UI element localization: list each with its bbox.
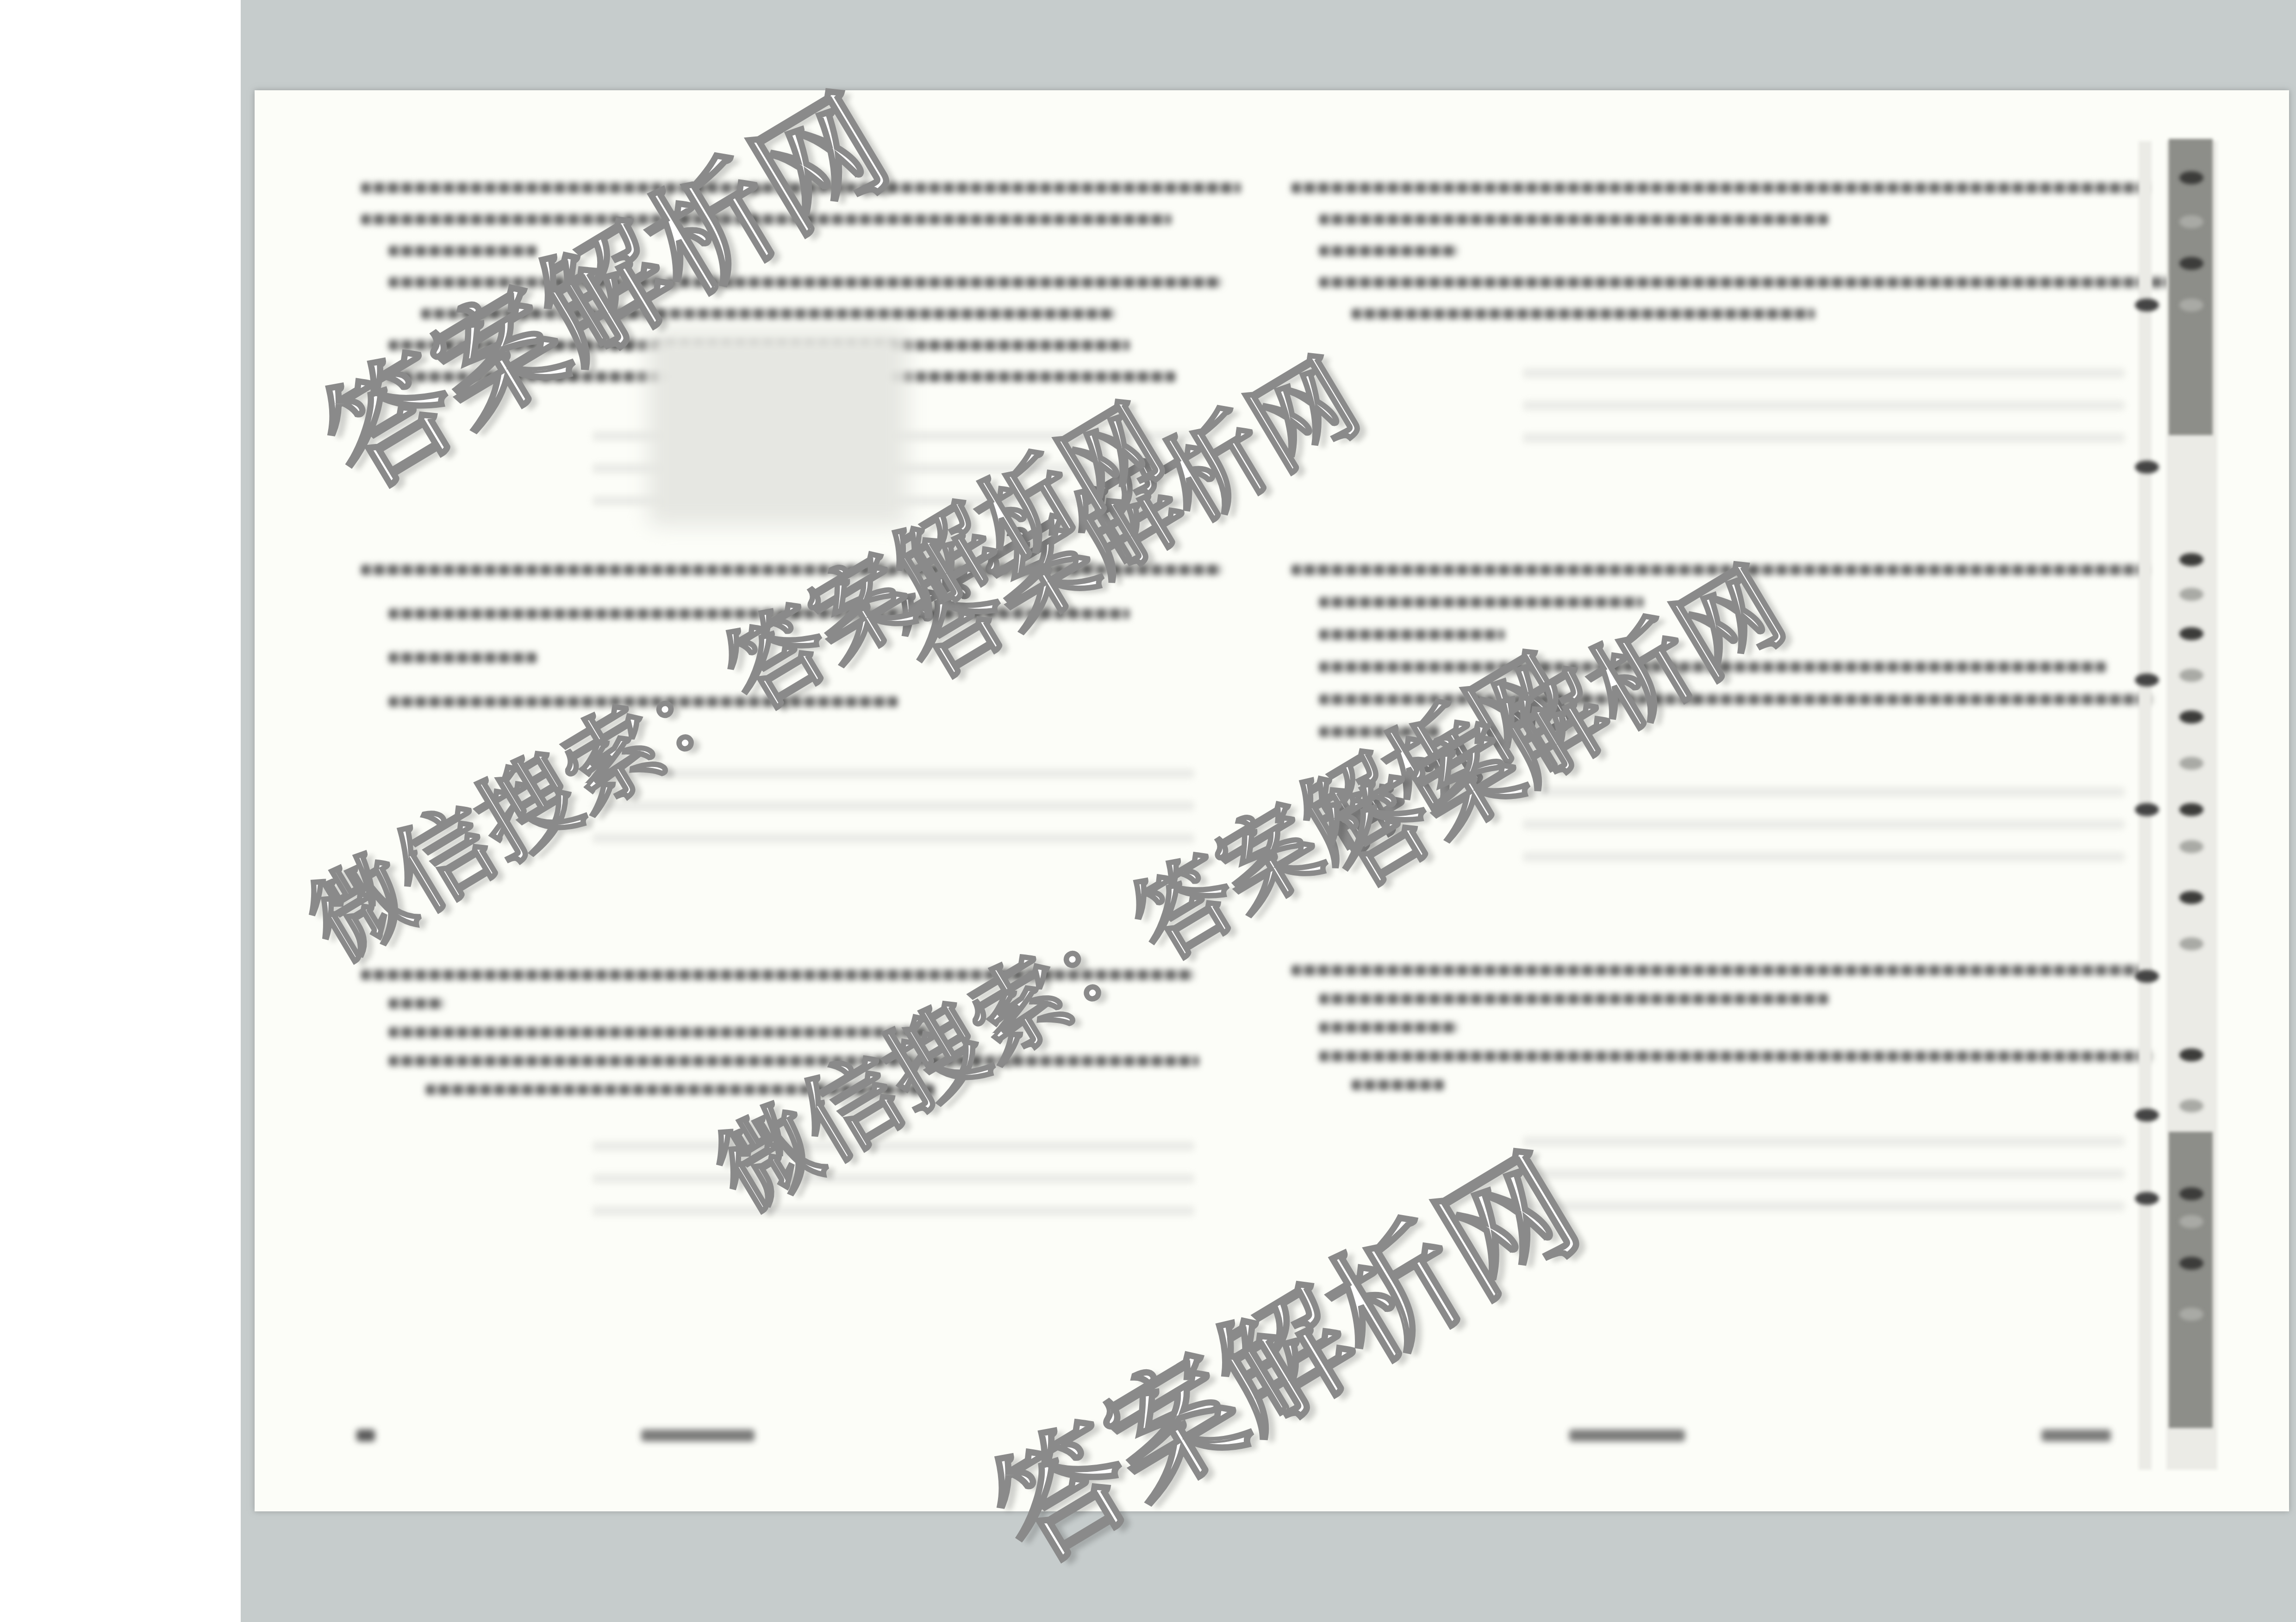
strip-mark (2179, 840, 2203, 853)
strip-label-mark (2135, 970, 2159, 983)
faint-scan-line (1523, 1136, 2125, 1147)
blurred-text-line (1319, 1023, 1458, 1033)
faint-scan-line (593, 768, 1194, 779)
exam-paper-spread (255, 90, 2289, 1511)
strip-mark (2179, 891, 2203, 904)
faint-scan-line (593, 1173, 1194, 1184)
blurred-text-line (389, 653, 537, 663)
left-footer-caption (641, 1429, 755, 1441)
right-footer-caption (1569, 1429, 1685, 1441)
blurred-text-line (1291, 183, 2148, 193)
blurred-text-line (421, 309, 1116, 319)
strip-mark (2179, 1187, 2203, 1200)
strip-mark (2179, 803, 2203, 816)
strip-label-mark (2135, 803, 2159, 816)
strip-label-mark (2135, 1192, 2159, 1205)
right-footer-tag (2041, 1429, 2111, 1441)
strip-mark (2179, 669, 2203, 682)
blurred-text-line (1319, 727, 1440, 737)
blurred-text-line (389, 697, 898, 707)
blurred-text-line (1352, 1080, 1444, 1090)
faint-scan-line (593, 833, 1194, 843)
blurred-text-line (361, 214, 1171, 225)
faint-scan-line (593, 1141, 1194, 1151)
strip-mark (2179, 299, 2203, 312)
blurred-text-line (1319, 694, 2152, 705)
blurred-text-line (389, 246, 537, 256)
faint-scan-line (1523, 368, 2125, 378)
strip-mark (2179, 627, 2203, 640)
faint-scan-line (1523, 852, 2125, 862)
faint-scan-line (1523, 819, 2125, 830)
blurred-text-line (389, 277, 1222, 287)
blurred-text-line (1319, 1051, 2152, 1061)
blurred-text-line (1319, 277, 2176, 287)
strip-mark (2179, 711, 2203, 724)
blurred-text-line (1291, 965, 2148, 975)
blurred-text-line (1319, 994, 1828, 1004)
strip-mark (2179, 1215, 2203, 1228)
blurred-text-line (1319, 214, 1828, 225)
strip-label-mark (2135, 1109, 2159, 1122)
strip-mark (2179, 1257, 2203, 1270)
strip-mark (2179, 1048, 2203, 1061)
blurred-text-line (389, 1027, 944, 1037)
faint-scan-line (1523, 1201, 2125, 1211)
blurred-text-line (1291, 565, 2148, 575)
strip-mark (2179, 937, 2203, 950)
faint-scan-line (1523, 400, 2125, 411)
strip-mark (2179, 757, 2203, 770)
blurred-text-line (389, 609, 1129, 619)
blurred-text-line (1319, 630, 1504, 640)
left-footer-page-number (356, 1429, 375, 1441)
strip-label-mark (2135, 674, 2159, 686)
blurred-text-line (389, 998, 444, 1009)
faint-scan-line (1523, 1169, 2125, 1179)
blurred-text-line (361, 565, 1222, 575)
blurred-text-line (1319, 597, 1643, 607)
blurred-text-line (1352, 309, 1815, 319)
strip-mark (2179, 257, 2203, 270)
blurred-text-line (1319, 662, 2106, 672)
strip-mark (2179, 553, 2203, 566)
strip-mark (2179, 171, 2203, 184)
blurred-text-line (426, 1085, 935, 1095)
strip-label-mark (2135, 299, 2159, 312)
figure-left (648, 331, 907, 525)
faint-scan-line (593, 801, 1194, 811)
strip-mark (2179, 1099, 2203, 1112)
blurred-text-line (361, 183, 1241, 193)
strip-mark (2179, 1308, 2203, 1321)
strip-label-mark (2135, 461, 2159, 474)
blurred-text-line (389, 1056, 1199, 1066)
blurred-text-line (361, 970, 1194, 980)
strip-mark (2179, 215, 2203, 228)
faint-scan-line (1523, 787, 2125, 797)
strip-mark (2179, 588, 2203, 601)
blurred-text-line (1319, 246, 1458, 256)
faint-scan-line (593, 1206, 1194, 1216)
faint-scan-line (1523, 433, 2125, 443)
binding-strip-dark-bottom (2169, 1132, 2213, 1428)
